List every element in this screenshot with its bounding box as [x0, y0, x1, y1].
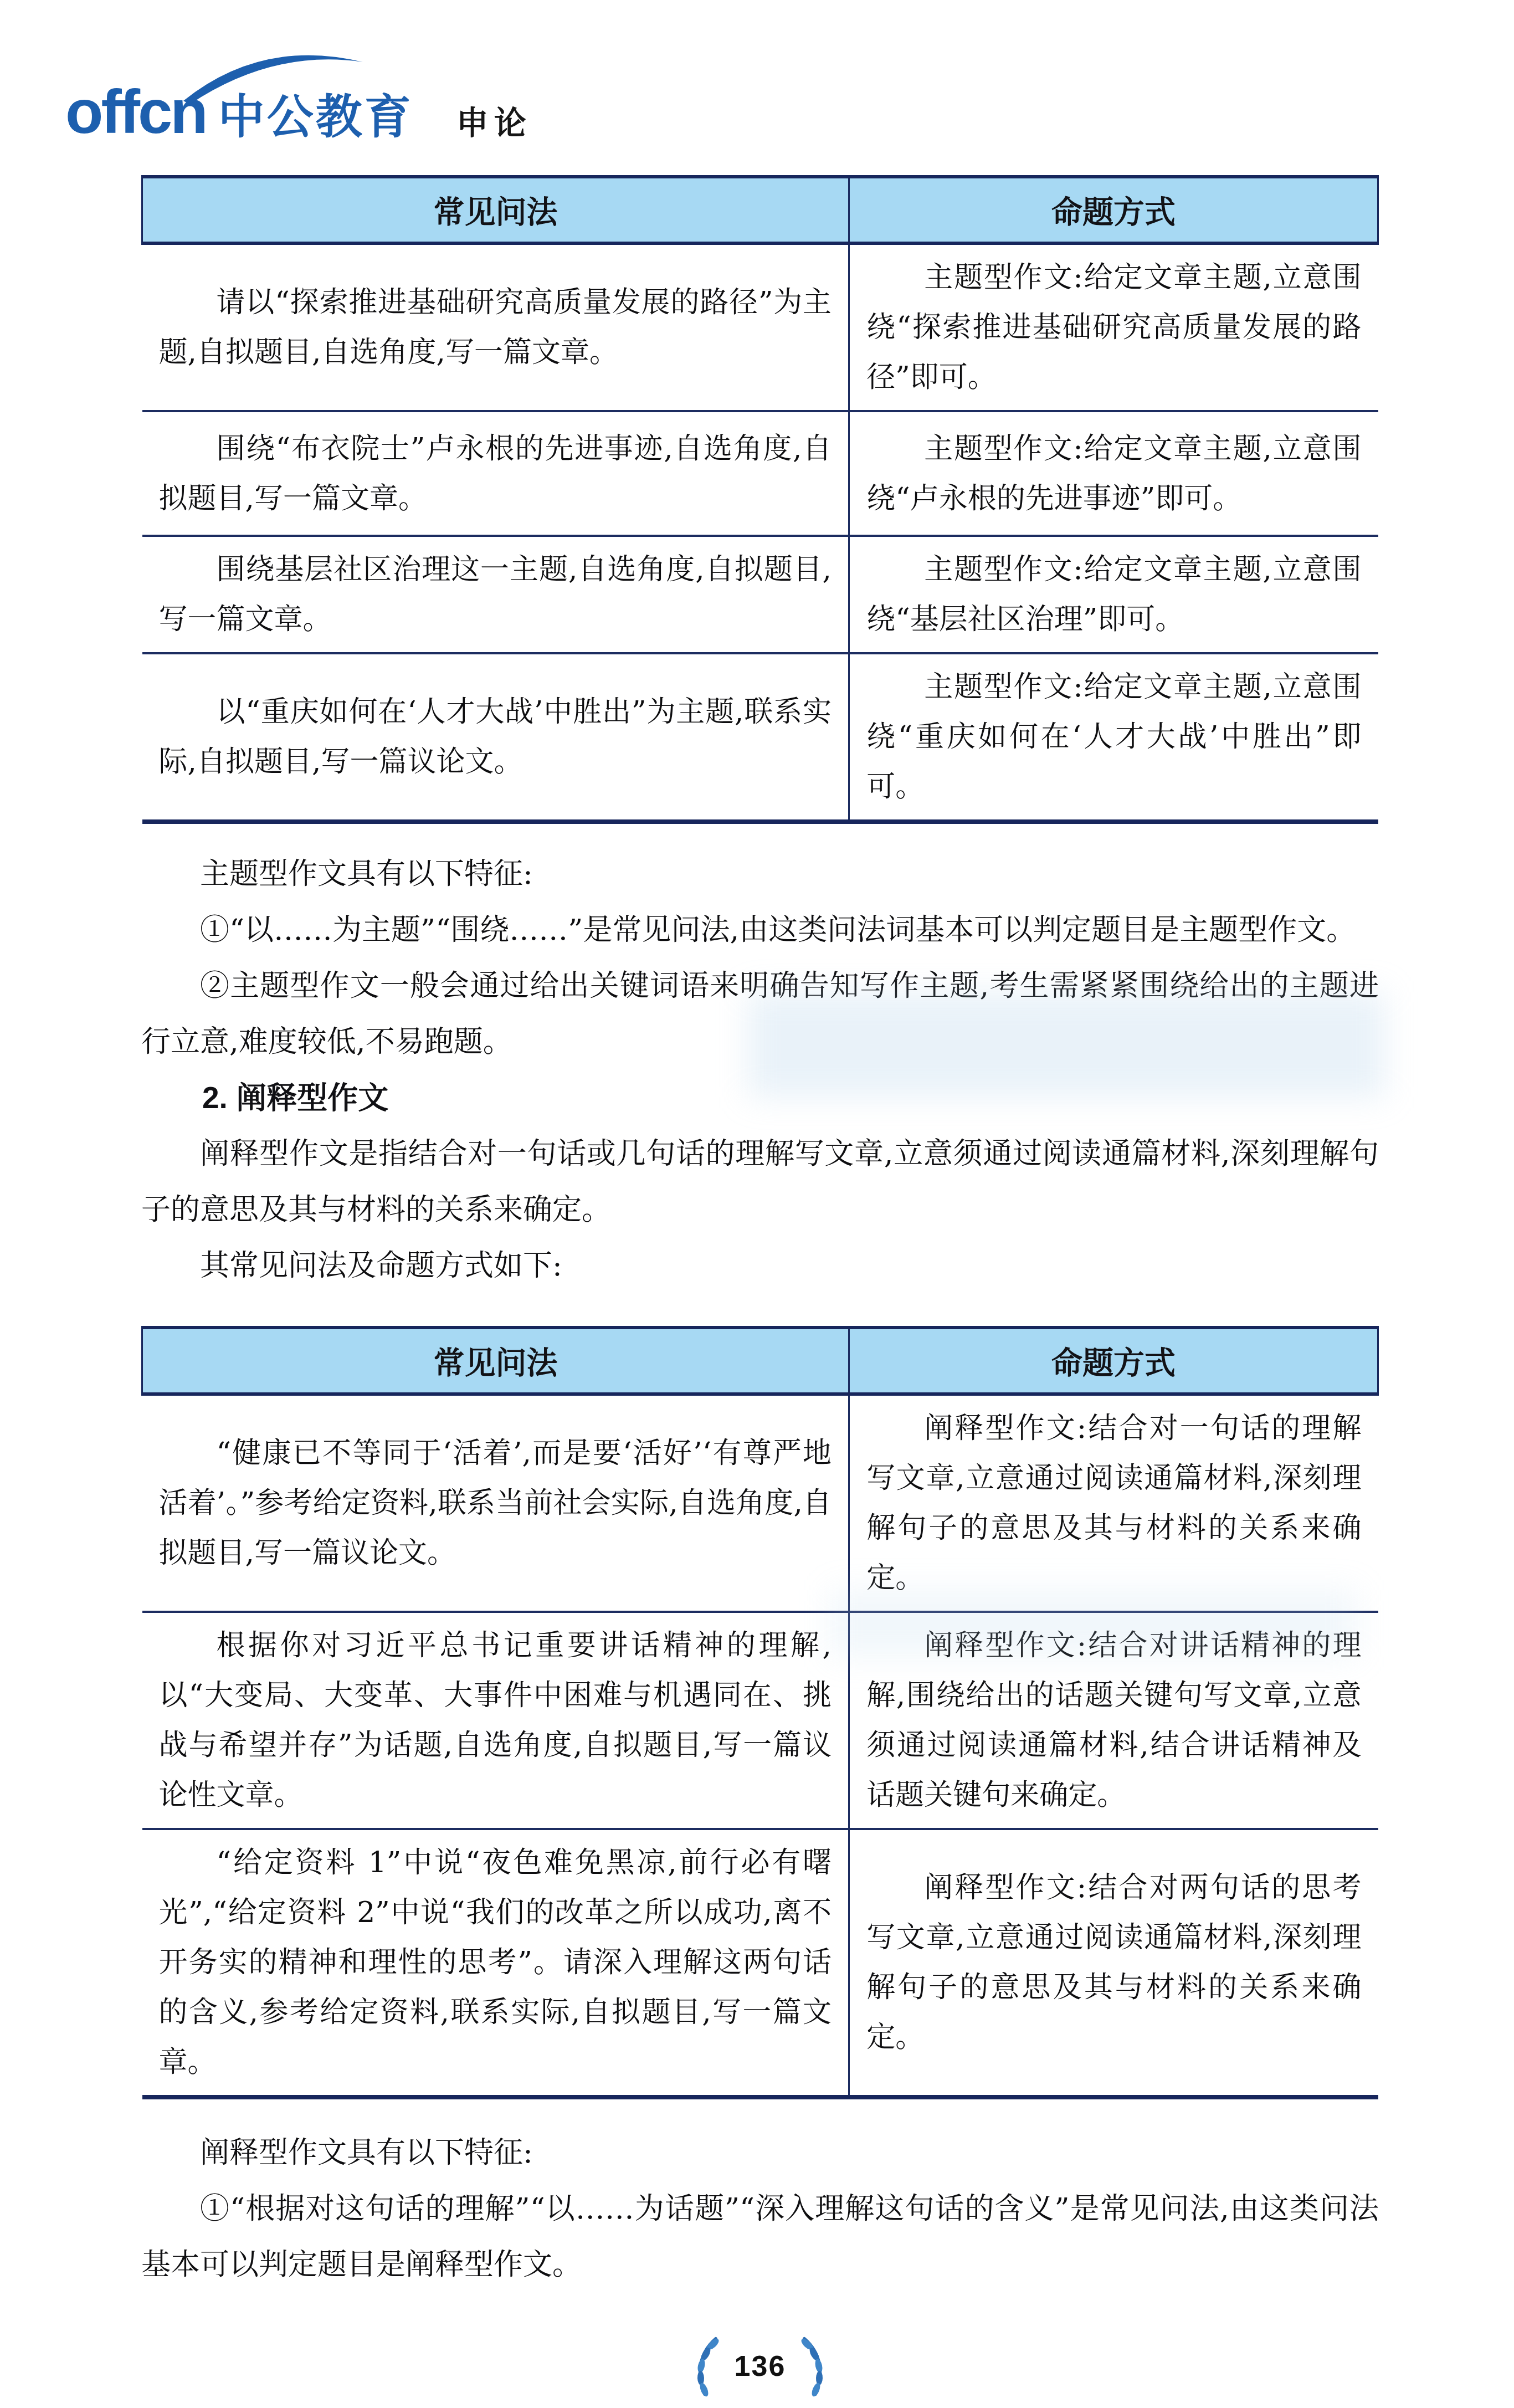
- question-cell: 请以“探索推进基础研究高质量发展的路径”为主题,自拟题目,自选角度,写一篇文章。: [142, 243, 849, 411]
- column-header-method: 命题方式: [849, 177, 1378, 243]
- table-row: 根据你对习近平总书记重要讲话精神的理解,以“大变局、大变革、大事件中困难与机遇同…: [142, 1612, 1378, 1829]
- column-header-method: 命题方式: [849, 1328, 1378, 1394]
- feature-lead: 主题型作文具有以下特征:: [141, 846, 1379, 902]
- method-cell: 主题型作文:给定文章主题,立意围绕“基层社区治理”即可。: [849, 536, 1378, 653]
- brand-header: offcn 中公教育 申论: [65, 60, 1514, 143]
- method-cell: 主题型作文:给定文章主题,立意围绕“重庆如何在‘人才大战’中胜出”即可。: [849, 653, 1378, 822]
- offcn-logo: offcn 中公教育: [65, 81, 413, 143]
- question-cell: 以“重庆如何在‘人才大战’中胜出”为主题,联系实际,自拟题目,写一篇议论文。: [142, 653, 849, 822]
- question-cell: 围绕“布衣院士”卢永根的先进事迹,自选角度,自拟题目,写一篇文章。: [142, 411, 849, 536]
- page: offcn 中公教育 申论 常见问法 命题方式 请以“探索推进基础研究高质量发展…: [0, 0, 1514, 2408]
- method-cell: 阐释型作文:结合对一句话的理解写文章,立意通过阅读通篇材料,深刻理解句子的意思及…: [849, 1394, 1378, 1612]
- table-row: 围绕“布衣院士”卢永根的先进事迹,自选角度,自拟题目,写一篇文章。 主题型作文:…: [142, 411, 1378, 536]
- question-cell: 围绕基层社区治理这一主题,自选角度,自拟题目,写一篇文章。: [142, 536, 849, 653]
- feature-item-1: ①“根据对这句话的理解”“以……为话题”“深入理解这句话的含义”是常见问法,由这…: [141, 2181, 1379, 2293]
- column-header-question: 常见问法: [142, 177, 849, 243]
- laurel-left-icon: [688, 2335, 720, 2397]
- interpretive-essay-intro: 阐释型作文是指结合对一句话或几句话的理解写文章,立意须通过阅读通篇材料,深刻理解…: [141, 1126, 1379, 1238]
- topic-essay-features: 主题型作文具有以下特征: ①“以……为主题”“围绕……”是常见问法,由这类问法词…: [141, 846, 1379, 1294]
- question-cell: “给定资料 1”中说“夜色难免黑凉,前行必有曙光”,“给定资料 2”中说“我们的…: [142, 1829, 849, 2097]
- table-lead-in: 其常见问法及命题方式如下:: [141, 1238, 1379, 1294]
- table-header-row: 常见问法 命题方式: [142, 1328, 1378, 1394]
- interpretive-essay-features: 阐释型作文具有以下特征: ①“根据对这句话的理解”“以……为话题”“深入理解这句…: [141, 2125, 1379, 2293]
- column-header-question: 常见问法: [142, 1328, 849, 1394]
- question-cell: “健康已不等同于‘活着’,而是要‘活好’‘有尊严地活着’。”参考给定资料,联系当…: [142, 1394, 849, 1612]
- section-heading-interpretive-essay: 2. 阐释型作文: [141, 1070, 1379, 1126]
- method-cell: 主题型作文:给定文章主题,立意围绕“探索推进基础研究高质量发展的路径”即可。: [849, 243, 1378, 411]
- feature-lead: 阐释型作文具有以下特征:: [141, 2125, 1379, 2181]
- logo-swoosh-icon: [179, 43, 367, 104]
- topic-essay-table: 常见问法 命题方式 请以“探索推进基础研究高质量发展的路径”为主题,自拟题目,自…: [141, 175, 1379, 824]
- page-footer: 136: [141, 2325, 1379, 2408]
- page-number: 136: [735, 2350, 786, 2383]
- interpretive-essay-table: 常见问法 命题方式 “健康已不等同于‘活着’,而是要‘活好’‘有尊严地活着’。”…: [141, 1326, 1379, 2099]
- question-cell: 根据你对习近平总书记重要讲话精神的理解,以“大变局、大变革、大事件中困难与机遇同…: [142, 1612, 849, 1829]
- table-row: 以“重庆如何在‘人才大战’中胜出”为主题,联系实际,自拟题目,写一篇议论文。 主…: [142, 653, 1378, 822]
- feature-item-1: ①“以……为主题”“围绕……”是常见问法,由这类问法词基本可以判定题目是主题型作…: [141, 902, 1379, 958]
- table-row: “健康已不等同于‘活着’,而是要‘活好’‘有尊严地活着’。”参考给定资料,联系当…: [142, 1394, 1378, 1612]
- method-cell: 阐释型作文:结合对讲话精神的理解,围绕给出的话题关键句写文章,立意须通过阅读通篇…: [849, 1612, 1378, 1829]
- page-content: 常见问法 命题方式 请以“探索推进基础研究高质量发展的路径”为主题,自拟题目,自…: [141, 175, 1379, 2408]
- method-cell: 主题型作文:给定文章主题,立意围绕“卢永根的先进事迹”即可。: [849, 411, 1378, 536]
- laurel-right-icon: [800, 2335, 832, 2397]
- method-cell: 阐释型作文:结合对两句话的思考写文章,立意通过阅读通篇材料,深刻理解句子的意思及…: [849, 1829, 1378, 2097]
- table-row: 请以“探索推进基础研究高质量发展的路径”为主题,自拟题目,自选角度,写一篇文章。…: [142, 243, 1378, 411]
- subject-label: 申论: [456, 107, 532, 140]
- table-row: 围绕基层社区治理这一主题,自选角度,自拟题目,写一篇文章。 主题型作文:给定文章…: [142, 536, 1378, 653]
- table-row: “给定资料 1”中说“夜色难免黑凉,前行必有曙光”,“给定资料 2”中说“我们的…: [142, 1829, 1378, 2097]
- table-header-row: 常见问法 命题方式: [142, 177, 1378, 243]
- feature-item-2: ②主题型作文一般会通过给出关键词语来明确告知写作主题,考生需紧紧围绕给出的主题进…: [141, 958, 1379, 1070]
